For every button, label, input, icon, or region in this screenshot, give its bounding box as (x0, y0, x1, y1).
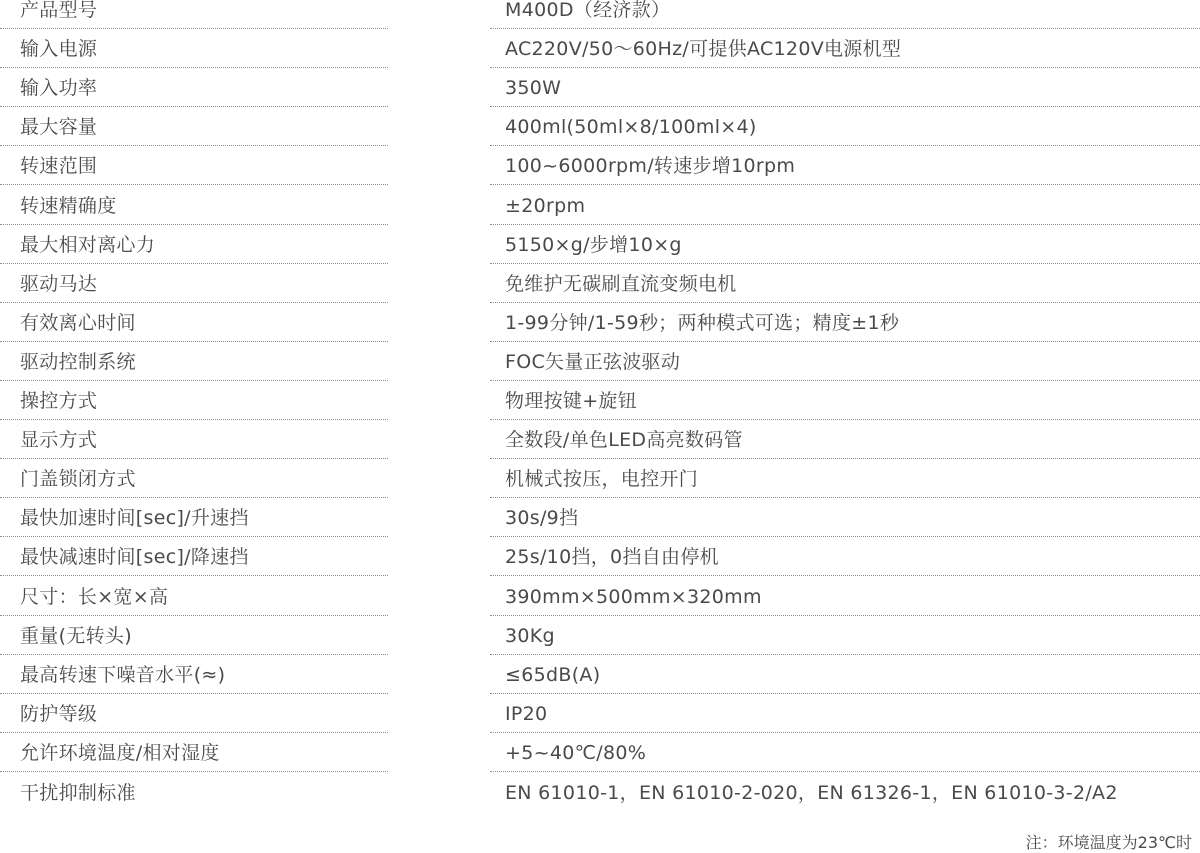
spec-table: 产品型号M400D（经济款）输入电源AC220V/50～60Hz/可提供AC12… (0, 0, 1200, 811)
spec-row: 最高转速下噪音水平(≈)≤65dB(A) (0, 655, 1200, 694)
spec-label: 干扰抑制标准 (20, 782, 136, 804)
spec-row: 输入功率350W (0, 68, 1200, 107)
spec-label: 驱动马达 (20, 273, 97, 295)
spec-label: 有效离心时间 (20, 312, 136, 334)
spec-label-cell: 转速精确度 (0, 185, 388, 224)
spec-value-cell: 30s/9挡 (490, 498, 1200, 537)
spec-value-cell: M400D（经济款） (490, 0, 1200, 29)
spec-value: 30s/9挡 (505, 507, 578, 529)
spec-label-cell: 最快减速时间[sec]/降速挡 (0, 537, 388, 576)
spec-value-cell: 30Kg (490, 616, 1200, 655)
spec-label: 允许环境温度/相对湿度 (20, 742, 220, 764)
spec-row: 门盖锁闭方式机械式按压，电控开门 (0, 459, 1200, 498)
spec-value: +5~40℃/80% (505, 742, 646, 764)
spec-label-cell: 驱动马达 (0, 264, 388, 303)
spec-label-cell: 重量(无转头) (0, 616, 388, 655)
spec-value-cell: 390mm×500mm×320mm (490, 576, 1200, 615)
spec-label: 操控方式 (20, 390, 97, 412)
spec-value: 全数段/单色LED高亮数码管 (505, 429, 743, 451)
spec-row: 干扰抑制标准EN 61010-1，EN 61010-2-020，EN 61326… (0, 772, 1200, 811)
spec-row: 最快减速时间[sec]/降速挡25s/10挡，0挡自由停机 (0, 537, 1200, 576)
spec-label: 转速范围 (20, 155, 97, 177)
spec-value: 100~6000rpm/转速步增10rpm (505, 155, 795, 177)
spec-value: FOC矢量正弦波驱动 (505, 351, 680, 373)
spec-value-cell: 1-99分钟/1-59秒；两种模式可选；精度±1秒 (490, 303, 1200, 342)
spec-label-cell: 有效离心时间 (0, 303, 388, 342)
spec-value: AC220V/50～60Hz/可提供AC120V电源机型 (505, 38, 901, 60)
spec-label-cell: 输入电源 (0, 29, 388, 68)
spec-value: M400D（经济款） (505, 0, 670, 21)
spec-value-cell: 机械式按压，电控开门 (490, 459, 1200, 498)
spec-label-cell: 操控方式 (0, 381, 388, 420)
spec-row: 尺寸：长×宽×高390mm×500mm×320mm (0, 576, 1200, 615)
spec-value: ≤65dB(A) (505, 664, 600, 686)
spec-value-cell: ±20rpm (490, 185, 1200, 224)
spec-row: 最大容量400ml(50ml×8/100ml×4) (0, 107, 1200, 146)
spec-value-cell: EN 61010-1，EN 61010-2-020，EN 61326-1，EN … (490, 772, 1200, 811)
spec-label-cell: 输入功率 (0, 68, 388, 107)
spec-label: 产品型号 (20, 0, 97, 21)
spec-value-cell: +5~40℃/80% (490, 733, 1200, 772)
spec-row: 最快加速时间[sec]/升速挡30s/9挡 (0, 498, 1200, 537)
spec-label-cell: 产品型号 (0, 0, 388, 29)
spec-label-cell: 最快加速时间[sec]/升速挡 (0, 498, 388, 537)
spec-label: 最大相对离心力 (20, 234, 155, 256)
spec-value-cell: 免维护无碳刷直流变频电机 (490, 264, 1200, 303)
spec-label: 转速精确度 (20, 195, 117, 217)
spec-value: EN 61010-1，EN 61010-2-020，EN 61326-1，EN … (505, 782, 1118, 804)
spec-label: 输入功率 (20, 77, 97, 99)
spec-row: 允许环境温度/相对湿度+5~40℃/80% (0, 733, 1200, 772)
footnote: 注：环境温度为23℃时 (1026, 830, 1192, 853)
spec-label-cell: 驱动控制系统 (0, 342, 388, 381)
spec-label: 防护等级 (20, 703, 97, 725)
spec-value: IP20 (505, 703, 547, 725)
spec-row: 防护等级IP20 (0, 694, 1200, 733)
spec-label-cell: 最大容量 (0, 107, 388, 146)
spec-label: 最快加速时间[sec]/升速挡 (20, 507, 249, 529)
spec-row: 重量(无转头)30Kg (0, 616, 1200, 655)
spec-value: 机械式按压，电控开门 (505, 468, 698, 490)
spec-label-cell: 显示方式 (0, 420, 388, 459)
spec-value: 免维护无碳刷直流变频电机 (505, 273, 737, 295)
spec-label-cell: 门盖锁闭方式 (0, 459, 388, 498)
spec-value-cell: 25s/10挡，0挡自由停机 (490, 537, 1200, 576)
spec-row: 输入电源AC220V/50～60Hz/可提供AC120V电源机型 (0, 29, 1200, 68)
spec-row: 转速精确度±20rpm (0, 185, 1200, 224)
spec-row: 有效离心时间1-99分钟/1-59秒；两种模式可选；精度±1秒 (0, 303, 1200, 342)
spec-label: 尺寸：长×宽×高 (20, 586, 168, 608)
spec-value-cell: IP20 (490, 694, 1200, 733)
spec-label-cell: 尺寸：长×宽×高 (0, 576, 388, 615)
spec-row: 驱动控制系统FOC矢量正弦波驱动 (0, 342, 1200, 381)
spec-row: 转速范围100~6000rpm/转速步增10rpm (0, 146, 1200, 185)
spec-label-cell: 防护等级 (0, 694, 388, 733)
spec-label: 重量(无转头) (20, 625, 132, 647)
spec-value: ±20rpm (505, 195, 585, 217)
spec-value: 1-99分钟/1-59秒；两种模式可选；精度±1秒 (505, 312, 899, 334)
spec-row: 操控方式物理按键+旋钮 (0, 381, 1200, 420)
spec-label-cell: 最高转速下噪音水平(≈) (0, 655, 388, 694)
spec-value-cell: 5150×g/步增10×g (490, 225, 1200, 264)
spec-label: 最快减速时间[sec]/降速挡 (20, 546, 249, 568)
spec-value-cell: 全数段/单色LED高亮数码管 (490, 420, 1200, 459)
spec-value: 350W (505, 77, 561, 99)
spec-value-cell: 350W (490, 68, 1200, 107)
spec-value: 390mm×500mm×320mm (505, 586, 762, 608)
spec-row: 最大相对离心力5150×g/步增10×g (0, 225, 1200, 264)
spec-label: 输入电源 (20, 38, 97, 60)
spec-value-cell: 物理按键+旋钮 (490, 381, 1200, 420)
spec-value: 物理按键+旋钮 (505, 390, 637, 412)
spec-label-cell: 干扰抑制标准 (0, 772, 388, 811)
spec-value: 25s/10挡，0挡自由停机 (505, 546, 719, 568)
spec-value: 400ml(50ml×8/100ml×4) (505, 116, 757, 138)
spec-label: 显示方式 (20, 429, 97, 451)
spec-value: 30Kg (505, 625, 555, 647)
spec-label-cell: 最大相对离心力 (0, 225, 388, 264)
spec-row: 驱动马达免维护无碳刷直流变频电机 (0, 264, 1200, 303)
spec-row: 产品型号M400D（经济款） (0, 0, 1200, 29)
spec-label: 门盖锁闭方式 (20, 468, 136, 490)
spec-label-cell: 转速范围 (0, 146, 388, 185)
spec-row: 显示方式全数段/单色LED高亮数码管 (0, 420, 1200, 459)
spec-value-cell: 400ml(50ml×8/100ml×4) (490, 107, 1200, 146)
spec-label-cell: 允许环境温度/相对湿度 (0, 733, 388, 772)
spec-value-cell: ≤65dB(A) (490, 655, 1200, 694)
spec-value-cell: 100~6000rpm/转速步增10rpm (490, 146, 1200, 185)
spec-label: 最大容量 (20, 116, 97, 138)
spec-label: 最高转速下噪音水平(≈) (20, 664, 225, 686)
spec-label: 驱动控制系统 (20, 351, 136, 373)
spec-value: 5150×g/步增10×g (505, 234, 682, 256)
spec-value-cell: FOC矢量正弦波驱动 (490, 342, 1200, 381)
spec-value-cell: AC220V/50～60Hz/可提供AC120V电源机型 (490, 29, 1200, 68)
